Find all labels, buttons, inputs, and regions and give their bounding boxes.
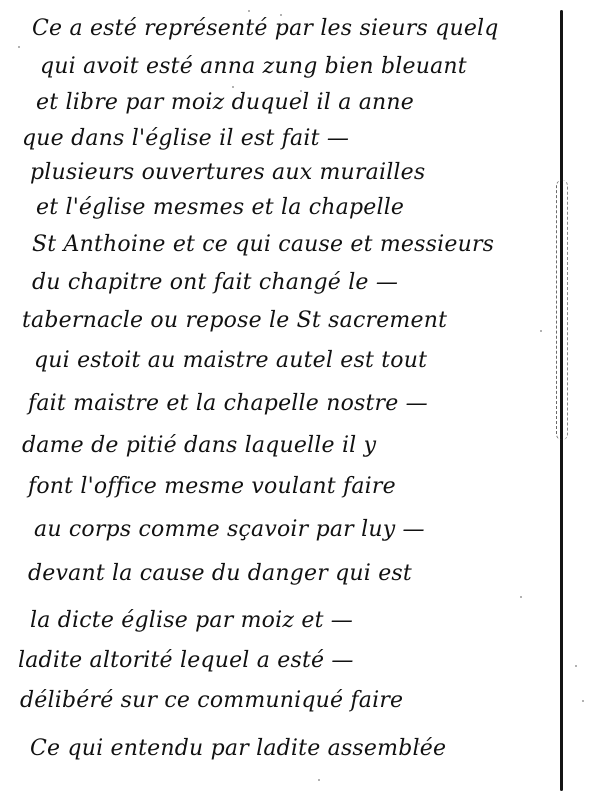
manuscript-line-4: que dans l'église il est fait — bbox=[22, 128, 349, 150]
manuscript-line-10: qui estoit au maistre autel est tout bbox=[34, 350, 427, 372]
manuscript-line-18: délibéré sur ce communiqué faire bbox=[20, 690, 403, 712]
paper-speck bbox=[418, 743, 420, 745]
paper-speck bbox=[232, 86, 234, 88]
manuscript-line-7: St Anthoine et ce qui cause et messieurs bbox=[32, 234, 494, 256]
manuscript-page: Ce a esté représenté par les sieurs quel… bbox=[0, 0, 591, 791]
manuscript-line-16: la dicte église par moiz et — bbox=[30, 610, 353, 632]
paper-speck bbox=[18, 46, 20, 48]
manuscript-line-14: au corps comme sçavoir par luy — bbox=[34, 519, 425, 541]
page-edge-fray bbox=[556, 180, 568, 440]
manuscript-line-2: qui avoit esté anna zung bien bleuant bbox=[40, 56, 467, 78]
manuscript-line-11: fait maistre et la chapelle nostre — bbox=[28, 393, 428, 415]
paper-speck bbox=[540, 330, 542, 332]
manuscript-line-9: tabernacle ou repose le St sacrement bbox=[22, 310, 447, 332]
manuscript-line-1: Ce a esté représenté par les sieurs quel… bbox=[32, 18, 499, 40]
paper-speck bbox=[575, 665, 577, 667]
paper-speck bbox=[520, 596, 522, 598]
manuscript-line-5: plusieurs ouvertures aux murailles bbox=[30, 162, 425, 184]
manuscript-line-3: et libre par moiz duquel il a anne bbox=[36, 92, 414, 114]
manuscript-line-15: devant la cause du danger qui est bbox=[28, 563, 412, 585]
paper-speck bbox=[300, 90, 302, 92]
paper-speck bbox=[318, 779, 320, 781]
paper-speck bbox=[280, 14, 282, 16]
manuscript-line-12: dame de pitié dans laquelle il y bbox=[22, 435, 376, 457]
manuscript-line-19: Ce qui entendu par ladite assemblée bbox=[30, 738, 446, 760]
manuscript-line-17: ladite altorité lequel a esté — bbox=[18, 650, 354, 672]
manuscript-line-13: font l'office mesme voulant faire bbox=[28, 476, 396, 498]
paper-speck bbox=[582, 700, 584, 702]
manuscript-line-6: et l'église mesmes et la chapelle bbox=[36, 197, 404, 219]
manuscript-line-8: du chapitre ont fait changé le — bbox=[32, 272, 398, 294]
paper-speck bbox=[248, 10, 250, 12]
